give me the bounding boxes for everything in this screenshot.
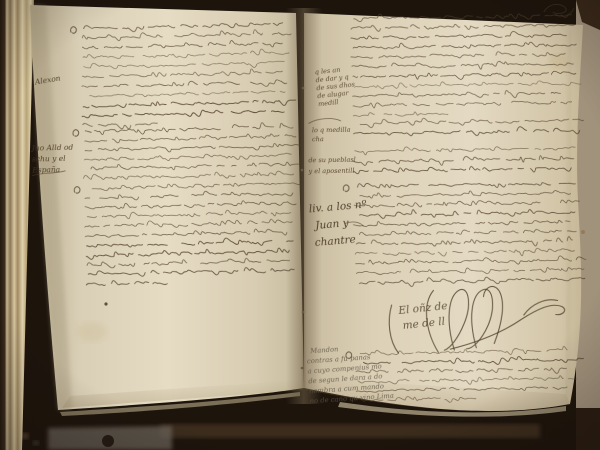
- photo-vignette: [0, 0, 600, 450]
- manuscript-scene: Alexon Juo Alld od schu y el España q le…: [0, 0, 600, 450]
- manuscript-photo: Alexon Juo Alld od schu y el España q le…: [0, 0, 600, 450]
